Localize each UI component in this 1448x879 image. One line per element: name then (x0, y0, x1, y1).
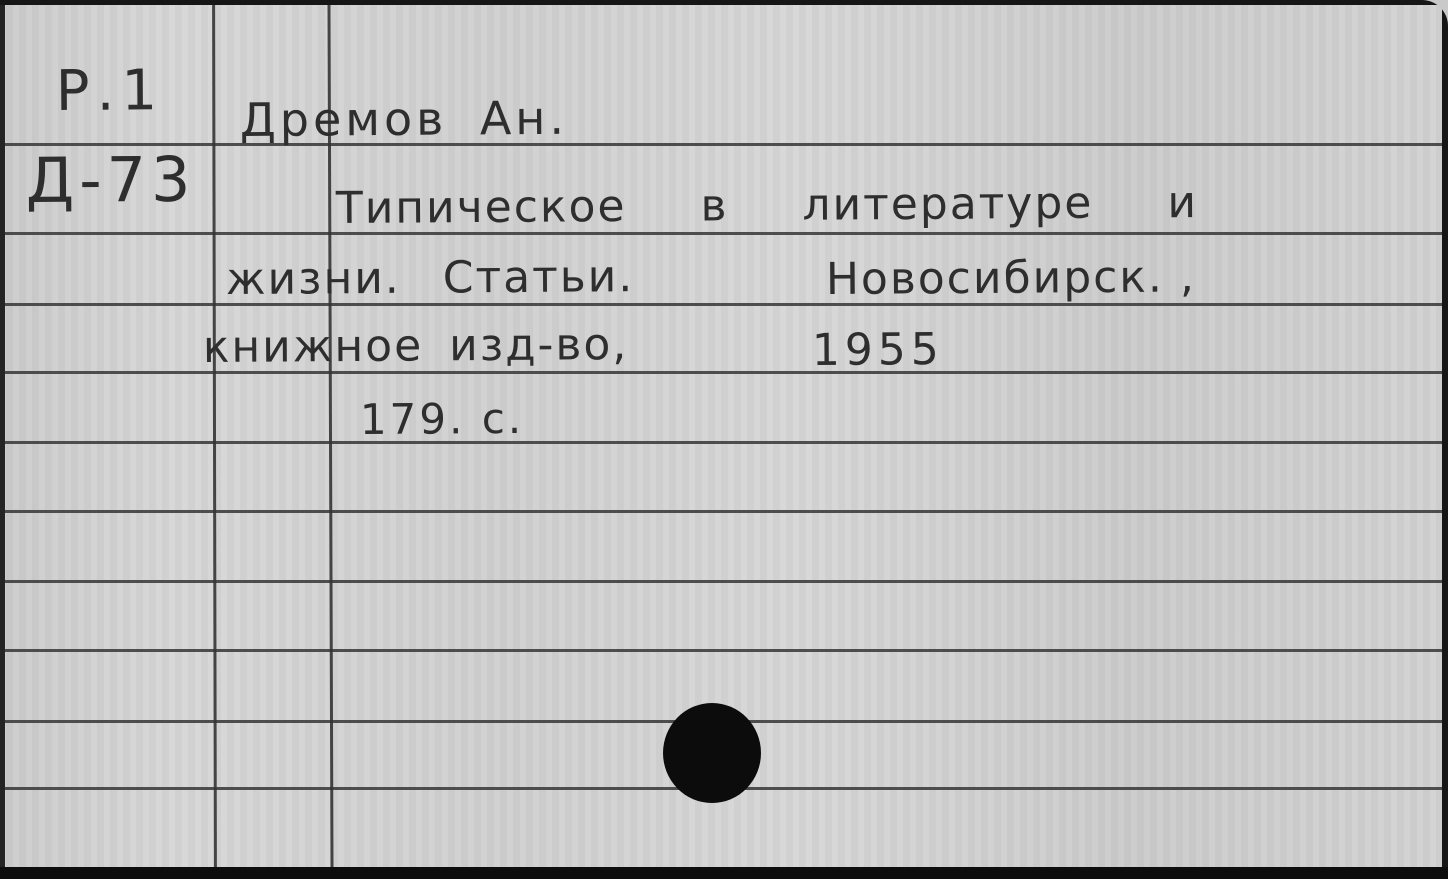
ruled-line (0, 232, 1448, 235)
title-line-2: жизни. Статьи. (226, 255, 635, 302)
hole-punch-dot (663, 703, 761, 803)
ruled-line (0, 143, 1448, 146)
author-name: Дремов Ан. (240, 95, 569, 143)
publication-year: 1955 (812, 328, 944, 373)
ruled-line (0, 510, 1448, 513)
card-edge-top (0, 0, 1448, 5)
author-cutter-mark: Д-73 (26, 149, 196, 212)
column-rule-line (212, 5, 217, 867)
title-line-1: Типическое в литературе и (336, 181, 1198, 231)
ruled-line (0, 303, 1448, 306)
ruled-line (0, 580, 1448, 583)
card-edge-bottom (0, 867, 1448, 879)
publisher: книжное изд-во, (203, 323, 629, 370)
classification-number: Р.1 (56, 63, 165, 120)
catalog-card: Р.1 Д-73 Дремов Ан. Типическое в литерат… (0, 0, 1448, 879)
card-edge-left (0, 0, 5, 879)
card-edge-right (1442, 0, 1448, 879)
ruled-line (0, 649, 1448, 652)
pagination: 179. с. (360, 398, 525, 441)
ruled-line (0, 441, 1448, 444)
place-of-publication: Новосибирск. , (826, 255, 1196, 302)
